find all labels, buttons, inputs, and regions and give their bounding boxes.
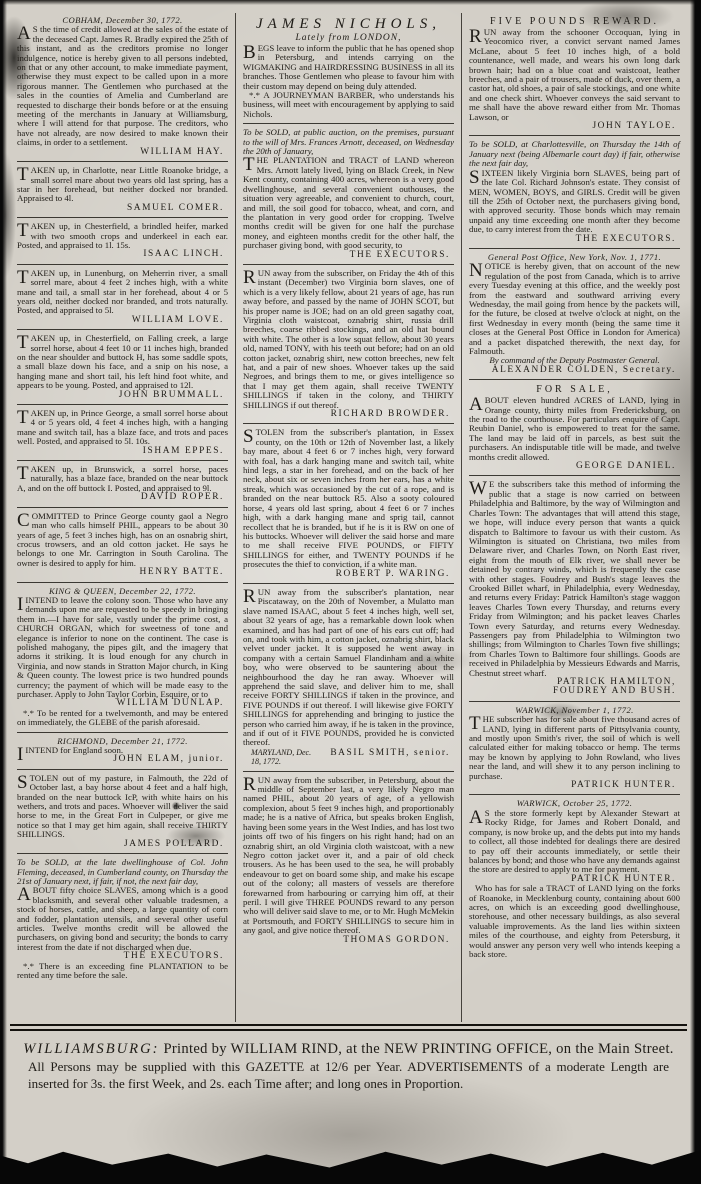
ad-signature-row: PATRICK HUNTER. [469,781,680,790]
newspaper-ad: TAKEN up, in Charlotte, near Little Roan… [17,161,228,213]
newspaper-content: COBHAM, December 30, 1772.AS the time of… [10,13,687,1022]
ad-place-date: MARYLAND, Dec. 18, 1772. [243,748,322,767]
newspaper-ad: JAMES NICHOLS,Lately from LONDON,BEGS le… [243,16,454,119]
ad-signature: RICHARD BROWDER. [331,410,450,419]
ad-body: SIXTEEN likely Virginia born SLAVES, bei… [469,169,680,235]
ad-signature-row: THOMAS GORDON. [243,936,454,945]
newspaper-ad: STOLEN out of my pasture, in Falmouth, t… [17,769,228,849]
ad-signature: SAMUEL COMER. [127,204,224,213]
ad-body: AS the store formerly kept by Alexander … [469,809,680,875]
ad-signature-row: HENRY BATTE. [17,568,228,577]
ad-body: STOLEN from the subscriber's plantation,… [243,428,454,569]
colophon-city: WILLIAMSBURG: [23,1041,159,1057]
newspaper-ad: To be SOLD, at public auction, on the pr… [243,123,454,260]
colophon: WILLIAMSBURG: Printed by WILLIAM RIND, a… [10,1040,687,1092]
ad-heading: JAMES NICHOLS, [243,16,454,33]
ad-body: RUN away from the subscriber, on Friday … [243,269,454,410]
ad-signature-row: MARYLAND, Dec. 18, 1772.BASIL SMITH, sen… [243,748,454,767]
ad-signature-row: ALEXANDER COLDEN, Secretary. [469,366,680,375]
newspaper-ad: General Post Office, New York, Nov. 1, 1… [469,248,680,375]
ad-signature-row: JAMES POLLARD. [17,840,228,849]
newspaper-ad: FIVE POUNDS REWARD.RUN away from the sch… [469,16,680,131]
colophon-imprint-line: WILLIAMSBURG: Printed by WILLIAM RIND, a… [10,1040,687,1059]
ad-signature: THOMAS GORDON. [343,936,450,945]
newspaper-ad: RUN away from the subscriber's plantatio… [243,583,454,767]
colophon-subscription-text: All Persons may be supplied with this GA… [28,1059,669,1092]
ad-body: RUN away from the subscriber, in Petersb… [243,776,454,936]
ad-intro: To be SOLD, at public auction, on the pr… [243,128,454,156]
newspaper-ad: STOLEN from the subscriber's plantation,… [243,423,454,579]
ad-signature: FOUDREY AND BUSH. [553,687,676,696]
ad-postscript: Who has for sale a TRACT of LAND lying o… [469,884,680,959]
ad-signature-row: GEORGE DANIEL. [469,462,680,471]
ad-signature: PATRICK HUNTER. [571,781,676,790]
ad-signature: THE EXECUTORS. [350,251,450,260]
ad-signature: WILLIAM LOVE. [132,316,224,325]
ad-signature-row: ROBERT P. WARING. [243,570,454,579]
newspaper-ad: To be SOLD, at the late dwellinghouse of… [17,853,228,980]
ad-body: TAKEN up, in Lunenburg, on Meherrin rive… [17,269,228,316]
newspaper-ad: TAKEN up, in Prince George, a small sorr… [17,404,228,456]
ad-signature-row: DAVID ROPER. [17,493,228,502]
double-rule-divider [10,1024,687,1031]
ad-body: COMMITTED to Prince George county gaol a… [17,512,228,568]
ad-signature: ROBERT P. WARING. [336,570,450,579]
ad-body: BEGS leave to inform the public that he … [243,44,454,91]
ad-body: RUN away from the subscriber's plantatio… [243,588,454,748]
colophon-footer: WILLIAMSBURG: Printed by WILLIAM RIND, a… [10,1024,687,1092]
ad-intro: To be SOLD, at the late dwellinghouse of… [17,858,228,886]
newspaper-ad: TAKEN up, in Brunswick, a sorrel horse, … [17,460,228,503]
ad-body: ABOUT eleven hundred ACRES of LAND, lyin… [469,396,680,462]
ad-signature-row: THE EXECUTORS. [243,251,454,260]
newspaper-ad: TAKEN up, in Lunenburg, on Meherrin rive… [17,264,228,325]
ad-body: I INTEND to leave the colony soon. Those… [17,596,228,699]
ad-signature-row: ISAAC LINCH. [17,250,228,259]
ad-signature-row: SAMUEL COMER. [17,204,228,213]
ad-signature: JOHN BRUMMALL. [119,391,224,400]
ad-signature: GEORGE DANIEL. [576,462,676,471]
ad-postscript: *.* A JOURNEYMAN BARBER, who understands… [243,91,454,119]
ad-body: TAKEN up, in Chesterfield, on Falling cr… [17,334,228,390]
newspaper-column-2: JAMES NICHOLS,Lately from LONDON,BEGS le… [235,13,461,1022]
ad-signature: JOHN TAYLOE. [592,122,676,131]
ad-body: AS the time of credit allowed at the sal… [17,25,228,147]
newspaper-ad: FOR SALE,ABOUT eleven hundred ACRES of L… [469,379,680,471]
ad-signature: ISHAM EPPES. [143,447,224,456]
ad-signature: HENRY BATTE. [140,568,224,577]
newspaper-column-3: FIVE POUNDS REWARD.RUN away from the sch… [461,13,687,1022]
ad-body: TAKEN up, in Chesterfield, a brindled he… [17,222,228,250]
newspaper-ad: TAKEN up, in Chesterfield, a brindled he… [17,217,228,260]
newspaper-ad: KING & QUEEN, December 22, 1772.I INTEND… [17,582,228,728]
ad-signature: ISAAC LINCH. [143,250,224,259]
scan-edge-top [0,0,701,5]
scan-edge-left [0,0,7,1184]
ad-signature-row: ISHAM EPPES. [17,447,228,456]
ad-signature-row: RICHARD BROWDER. [243,410,454,419]
ad-body: TAKEN up, in Charlotte, near Little Roan… [17,166,228,204]
ad-postscript: *.* There is an exceeding fine PLANTATIO… [17,962,228,981]
ad-signature-row: WILLIAM HAY. [17,148,228,157]
ad-postscript: *.* To be rented for a twelvemonth, and … [17,709,228,728]
newspaper-page: COBHAM, December 30, 1772.AS the time of… [0,0,701,1184]
ad-signature: ALEXANDER COLDEN, Secretary. [492,366,676,375]
ad-signature-row: JOHN ELAM, junior. [25,755,228,764]
newspaper-column-1: COBHAM, December 30, 1772.AS the time of… [10,13,235,1022]
ad-signature-row: JOHN TAYLOE. [469,122,680,131]
ad-body: STOLEN out of my pasture, in Falmouth, t… [17,774,228,840]
newspaper-ad: RICHMOND, December 21, 1772.I INTEND for… [17,732,228,765]
ad-signature-row: JOHN BRUMMALL. [17,391,228,400]
ad-body: RUN away from the schooner Occoquan, lyi… [469,28,680,122]
ad-signature: THE EXECUTORS. [576,235,676,244]
newspaper-ad: COMMITTED to Prince George county gaol a… [17,507,228,578]
ad-signature-row: WILLIAM LOVE. [17,316,228,325]
colophon-printer: Printed by WILLIAM RIND, at the NEW PRIN… [160,1041,674,1057]
newspaper-ad: WARWICK, November 1, 1772.THE subscriber… [469,701,680,791]
ad-body: WE the subscribers take this method of i… [469,480,680,678]
ad-body: TAKEN up, in Brunswick, a sorrel horse, … [17,465,228,493]
ad-signature: JAMES POLLARD. [124,840,224,849]
scan-edge-right [690,0,701,1184]
ad-signature-row: THE EXECUTORS. [469,235,680,244]
ad-body: THE PLANTATION and TRACT of LAND whereon… [243,156,454,250]
newspaper-ad: WARWICK, October 25, 1772.AS the store f… [469,794,680,959]
ad-signature: JOHN ELAM, junior. [113,755,224,764]
ad-body: THE subscriber has for sale about five t… [469,715,680,781]
newspaper-ad: RUN away from the subscriber, on Friday … [243,264,454,420]
ad-body: ABOUT fifty choice SLAVES, among which i… [17,886,228,952]
ad-signature: DAVID ROPER. [141,493,224,502]
ad-body: NOTICE is hereby given, that on account … [469,262,680,356]
ad-signature: WILLIAM HAY. [140,148,224,157]
ad-signature-row: FOUDREY AND BUSH. [469,687,680,696]
ad-body: TAKEN up, in Prince George, a small sorr… [17,409,228,447]
newspaper-ad: WE the subscribers take this method of i… [469,475,680,696]
newspaper-ad: To be SOLD, at Charlottesville, on Thurs… [469,135,680,243]
newspaper-ad: TAKEN up, in Chesterfield, on Falling cr… [17,329,228,400]
ad-signature: BASIL SMITH, senior. [330,749,450,758]
ad-intro: To be SOLD, at Charlottesville, on Thurs… [469,140,680,168]
newspaper-ad: RUN away from the subscriber, in Petersb… [243,771,454,945]
newspaper-ad: COBHAM, December 30, 1772.AS the time of… [17,16,228,157]
